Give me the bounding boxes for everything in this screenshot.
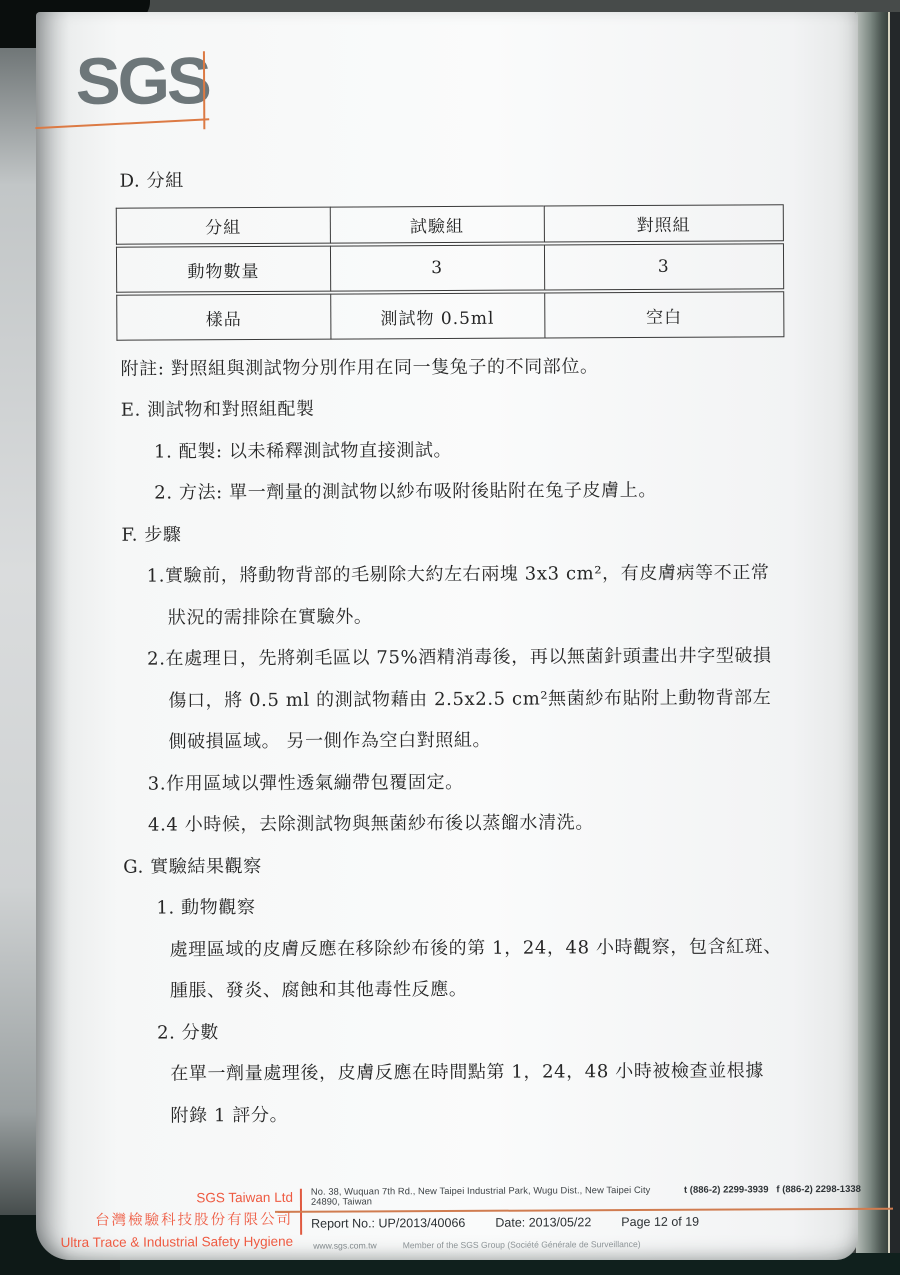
table-cell: 樣品 [116, 294, 330, 341]
table-header-row: 分組試驗組對照組 [116, 204, 784, 244]
book-right-dark-border [890, 0, 900, 1275]
table-row: 樣品測試物 0.5ml空白 [116, 291, 784, 340]
footer-page-number: Page 12 of 19 [621, 1215, 699, 1229]
footer-company-name-zh: 台灣檢驗科技股份有限公司 [39, 1209, 293, 1232]
footer-orange-rule [275, 1208, 893, 1213]
footer-small-row: www.sgs.com.tw Member of the SGS Group (… [313, 1239, 640, 1251]
text-line: 附註: 對照組與測試物分別作用在同一隻兔子的不同部位。 [34, 343, 856, 389]
footer-report-number: Report No.: UP/2013/40066 [311, 1216, 465, 1231]
grouping-table: 分組試驗組對照組動物數量33樣品測試物 0.5ml空白 [116, 202, 785, 342]
table-header-cell: 分組 [116, 207, 330, 245]
text-line: 2. 方法: 單一劑量的測試物以紗布吸附後貼附在兔子皮膚上。 [35, 467, 857, 513]
section-heading: D. 分組 [34, 156, 856, 200]
text-line: 腫脹、發炎、腐蝕和其他毒性反應。 [38, 965, 860, 1011]
footer-phone-fax: t (886-2) 2299-3939 f (886-2) 2298-1338 [684, 1184, 861, 1196]
book-right-page-edges [856, 10, 888, 1262]
page-footer: SGS Taiwan Ltd 台灣檢驗科技股份有限公司 Ultra Trace … [39, 1182, 861, 1186]
text-line: 側破損區域。 另一側作為空白對照組。 [36, 716, 858, 762]
text-line: F. 步驟 [35, 509, 857, 555]
text-line: 1. 動物觀察 [37, 882, 859, 928]
page-content-wrapper: SGS D. 分組分組試驗組對照組動物數量33樣品測試物 0.5ml空白附註: … [33, 10, 862, 1262]
text-line: 2.在處理日，先將剃毛區以 75%酒精消毒後，再以無菌針頭畫出井字型破損 [36, 633, 858, 679]
text-line: 4.4 小時候，去除測試物與無菌紗布後以蒸餾水清洗。 [37, 799, 859, 845]
document-body: D. 分組分組試驗組對照組動物數量33樣品測試物 0.5ml空白附註: 對照組與… [34, 156, 861, 1136]
sgs-logo: SGS [76, 47, 209, 114]
document-page: SGS D. 分組分組試驗組對照組動物數量33樣品測試物 0.5ml空白附註: … [36, 12, 858, 1260]
text-line: 狀況的需排除在實驗外。 [36, 592, 858, 638]
footer-division-name: Ultra Trace & Industrial Safety Hygiene [39, 1231, 293, 1254]
footer-company-name-en: SGS Taiwan Ltd [39, 1187, 293, 1210]
table-cell: 空白 [544, 291, 785, 338]
footer-info-block: No. 38, Wuquan 7th Rd., New Taipei Indus… [311, 1184, 861, 1207]
footer-fax: f (886-2) 2298-1338 [776, 1184, 861, 1195]
text-line: 1. 配製: 以未稀釋測試物直接測試。 [35, 426, 857, 472]
table-row: 動物數量33 [116, 243, 784, 292]
logo-underline-accent [35, 118, 209, 129]
footer-phone: t (886-2) 2299-3939 [684, 1184, 769, 1195]
footer-company-block: SGS Taiwan Ltd 台灣檢驗科技股份有限公司 Ultra Trace … [39, 1187, 293, 1254]
footer-address: No. 38, Wuquan 7th Rd., New Taipei Indus… [311, 1185, 670, 1207]
section-heading: G. 實驗結果觀察 [37, 841, 859, 887]
footer-website: www.sgs.com.tw [313, 1240, 377, 1250]
table-header-cell: 對照組 [543, 204, 784, 242]
text-line: 傷口，將 0.5 ml 的測試物藉由 2.5x2.5 cm²無菌紗布貼附上動物背… [36, 675, 858, 721]
text-line: 3.作用區域以彈性透氣繃帶包覆固定。 [37, 758, 859, 804]
text-line: 在單一劑量處理後，皮膚反應在時間點第 1，24，48 小時被檢查並根據 [38, 1048, 860, 1094]
footer-member-text: Member of the SGS Group (Société Général… [403, 1239, 641, 1250]
text-line: E. 測試物和對照組配製 [35, 384, 857, 430]
text-line: 2. 分數 [38, 1007, 860, 1053]
table-cell: 動物數量 [116, 246, 330, 293]
text-line: 附錄 1 評分。 [38, 1090, 860, 1136]
footer-date: Date: 2013/05/22 [495, 1215, 591, 1230]
table-cell: 3 [543, 243, 784, 290]
logo-vertical-accent [203, 51, 205, 129]
text-line: 1.實驗前，將動物背部的毛剔除大約左右兩塊 3x3 cm²，有皮膚病等不正常 [36, 550, 858, 596]
footer-report-row: Report No.: UP/2013/40066 Date: 2013/05/… [311, 1215, 699, 1231]
table-header-cell: 試驗組 [330, 205, 544, 243]
text-line: 處理區域的皮膚反應在移除紗布後的第 1，24，48 小時觀察，包含紅斑、 [38, 924, 860, 970]
footer-address-row: No. 38, Wuquan 7th Rd., New Taipei Indus… [311, 1184, 861, 1207]
table-cell: 3 [330, 244, 544, 291]
book-left-edge [0, 10, 38, 1262]
table-cell: 測試物 0.5ml [330, 292, 544, 339]
